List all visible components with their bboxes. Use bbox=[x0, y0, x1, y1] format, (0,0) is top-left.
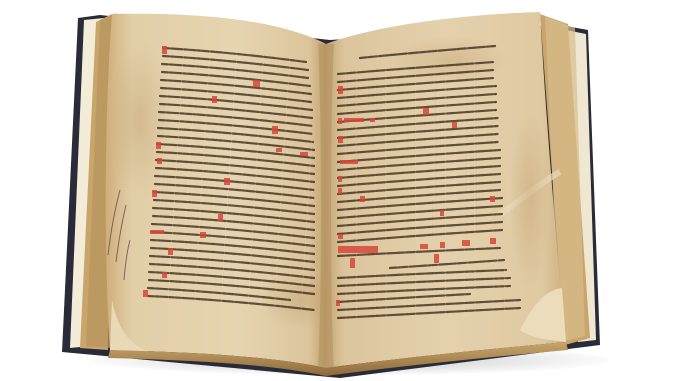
open-book bbox=[0, 0, 677, 381]
manuscript-photo: Open medieval manuscript book Open codex… bbox=[0, 0, 677, 381]
